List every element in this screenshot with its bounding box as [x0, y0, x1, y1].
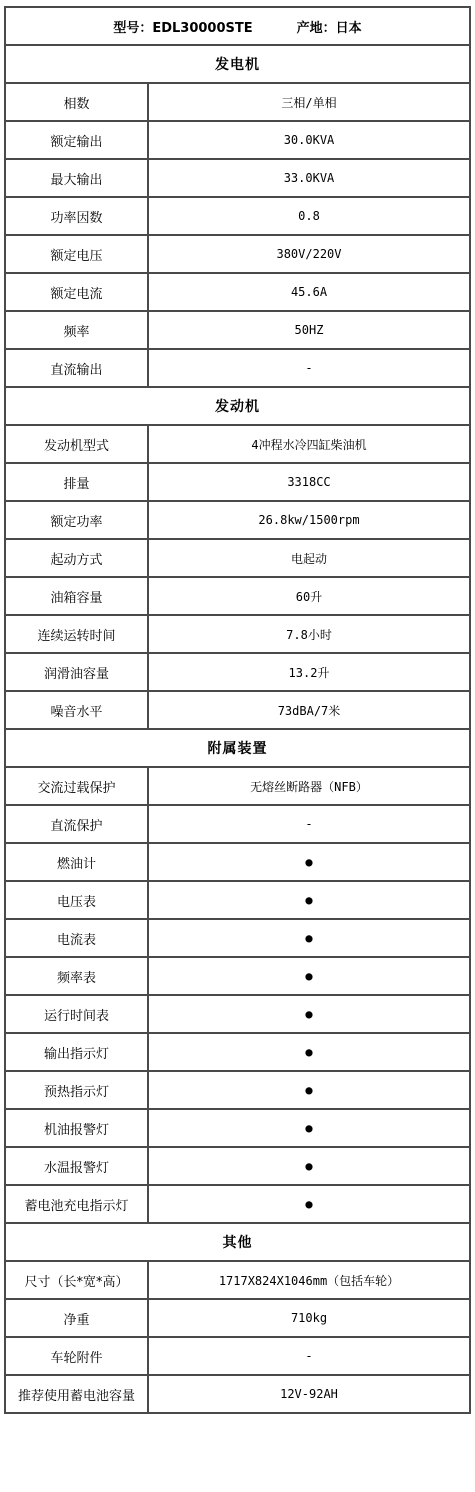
spec-value: ●	[148, 1147, 470, 1185]
spec-row: 电压表●	[5, 881, 470, 919]
spec-value: ●	[148, 1071, 470, 1109]
spec-label: 连续运转时间	[5, 615, 148, 653]
spec-row: 直流输出-	[5, 349, 470, 387]
spec-row: 额定电流45.6A	[5, 273, 470, 311]
spec-row: 输出指示灯●	[5, 1033, 470, 1071]
spec-value: ●	[148, 1109, 470, 1147]
spec-value: ●	[148, 843, 470, 881]
spec-value: 13.2升	[148, 653, 470, 691]
section-header-row: 发电机	[5, 45, 470, 83]
spec-row: 燃油计●	[5, 843, 470, 881]
spec-value: -	[148, 805, 470, 843]
spec-row: 连续运转时间7.8小时	[5, 615, 470, 653]
spec-row: 水温报警灯●	[5, 1147, 470, 1185]
spec-label: 运行时间表	[5, 995, 148, 1033]
spec-label: 电流表	[5, 919, 148, 957]
spec-row: 预热指示灯●	[5, 1071, 470, 1109]
spec-row: 机油报警灯●	[5, 1109, 470, 1147]
spec-table: 型号：EDL30000STE 产地：日本 发电机相数三相/单相额定输出30.0K…	[4, 6, 471, 1414]
spec-label: 交流过载保护	[5, 767, 148, 805]
spec-value: 12V-92AH	[148, 1375, 470, 1413]
spec-row: 净重710kg	[5, 1299, 470, 1337]
spec-row: 发动机型式4冲程水冷四缸柴油机	[5, 425, 470, 463]
spec-value: 73dBA/7米	[148, 691, 470, 729]
spec-row: 电流表●	[5, 919, 470, 957]
spec-value: 60升	[148, 577, 470, 615]
spec-label: 电压表	[5, 881, 148, 919]
table-header-row: 型号：EDL30000STE 产地：日本	[5, 7, 470, 45]
spec-value: 26.8kw/1500rpm	[148, 501, 470, 539]
spec-row: 油箱容量60升	[5, 577, 470, 615]
spec-label: 燃油计	[5, 843, 148, 881]
spec-row: 相数三相/单相	[5, 83, 470, 121]
spec-label: 功率因数	[5, 197, 148, 235]
spec-value: 50HZ	[148, 311, 470, 349]
spec-label: 频率	[5, 311, 148, 349]
spec-label: 油箱容量	[5, 577, 148, 615]
spec-row: 额定功率26.8kw/1500rpm	[5, 501, 470, 539]
spec-label: 推荐使用蓄电池容量	[5, 1375, 148, 1413]
spec-value: 380V/220V	[148, 235, 470, 273]
spec-value: ●	[148, 1185, 470, 1223]
spec-label: 直流保护	[5, 805, 148, 843]
spec-value: 0.8	[148, 197, 470, 235]
spec-label: 车轮附件	[5, 1337, 148, 1375]
spec-label: 直流输出	[5, 349, 148, 387]
spec-label: 频率表	[5, 957, 148, 995]
spec-value: ●	[148, 881, 470, 919]
spec-row: 频率50HZ	[5, 311, 470, 349]
spec-value: 4冲程水冷四缸柴油机	[148, 425, 470, 463]
spec-row: 运行时间表●	[5, 995, 470, 1033]
spec-row: 交流过载保护无熔丝断路器（NFB）	[5, 767, 470, 805]
spec-label: 相数	[5, 83, 148, 121]
table-header-cell: 型号：EDL30000STE 产地：日本	[5, 7, 470, 45]
spec-value: ●	[148, 919, 470, 957]
spec-value: -	[148, 1337, 470, 1375]
section-title: 发动机	[5, 387, 470, 425]
spec-row: 功率因数0.8	[5, 197, 470, 235]
spec-row: 蓄电池充电指示灯●	[5, 1185, 470, 1223]
spec-row: 推荐使用蓄电池容量12V-92AH	[5, 1375, 470, 1413]
spec-label: 额定功率	[5, 501, 148, 539]
spec-row: 最大输出33.0KVA	[5, 159, 470, 197]
spec-value: ●	[148, 1033, 470, 1071]
section-title: 附属装置	[5, 729, 470, 767]
spec-label: 额定电压	[5, 235, 148, 273]
section-title: 发电机	[5, 45, 470, 83]
section-header-row: 发动机	[5, 387, 470, 425]
spec-value: -	[148, 349, 470, 387]
spec-value: 33.0KVA	[148, 159, 470, 197]
spec-label: 机油报警灯	[5, 1109, 148, 1147]
spec-value: 无熔丝断路器（NFB）	[148, 767, 470, 805]
spec-label: 润滑油容量	[5, 653, 148, 691]
spec-label: 额定电流	[5, 273, 148, 311]
section-header-row: 附属装置	[5, 729, 470, 767]
spec-row: 车轮附件-	[5, 1337, 470, 1375]
spec-value: 7.8小时	[148, 615, 470, 653]
spec-label: 水温报警灯	[5, 1147, 148, 1185]
spec-row: 起动方式电起动	[5, 539, 470, 577]
section-title: 其他	[5, 1223, 470, 1261]
spec-value: ●	[148, 957, 470, 995]
spec-value: 三相/单相	[148, 83, 470, 121]
spec-label: 尺寸（长*宽*高）	[5, 1261, 148, 1299]
spec-label: 起动方式	[5, 539, 148, 577]
spec-table-body: 型号：EDL30000STE 产地：日本 发电机相数三相/单相额定输出30.0K…	[5, 7, 470, 1413]
spec-label: 噪音水平	[5, 691, 148, 729]
spec-label: 蓄电池充电指示灯	[5, 1185, 148, 1223]
spec-label: 排量	[5, 463, 148, 501]
spec-row: 额定输出30.0KVA	[5, 121, 470, 159]
spec-row: 频率表●	[5, 957, 470, 995]
spec-row: 直流保护-	[5, 805, 470, 843]
spec-value: 电起动	[148, 539, 470, 577]
spec-value: 1717X824X1046mm（包括车轮）	[148, 1261, 470, 1299]
spec-label: 最大输出	[5, 159, 148, 197]
section-header-row: 其他	[5, 1223, 470, 1261]
spec-label: 输出指示灯	[5, 1033, 148, 1071]
model-label: 型号：EDL30000STE	[113, 17, 252, 36]
origin-label: 产地：日本	[297, 17, 362, 36]
spec-label: 额定输出	[5, 121, 148, 159]
spec-label: 净重	[5, 1299, 148, 1337]
spec-row: 尺寸（长*宽*高）1717X824X1046mm（包括车轮）	[5, 1261, 470, 1299]
spec-row: 排量3318CC	[5, 463, 470, 501]
spec-row: 润滑油容量13.2升	[5, 653, 470, 691]
spec-page: 型号：EDL30000STE 产地：日本 发电机相数三相/单相额定输出30.0K…	[0, 0, 475, 1418]
spec-value: 30.0KVA	[148, 121, 470, 159]
table-header-content: 型号：EDL30000STE 产地：日本	[10, 17, 465, 36]
spec-label: 预热指示灯	[5, 1071, 148, 1109]
spec-label: 发动机型式	[5, 425, 148, 463]
spec-value: 45.6A	[148, 273, 470, 311]
spec-row: 额定电压380V/220V	[5, 235, 470, 273]
spec-value: ●	[148, 995, 470, 1033]
spec-row: 噪音水平73dBA/7米	[5, 691, 470, 729]
spec-value: 710kg	[148, 1299, 470, 1337]
spec-value: 3318CC	[148, 463, 470, 501]
